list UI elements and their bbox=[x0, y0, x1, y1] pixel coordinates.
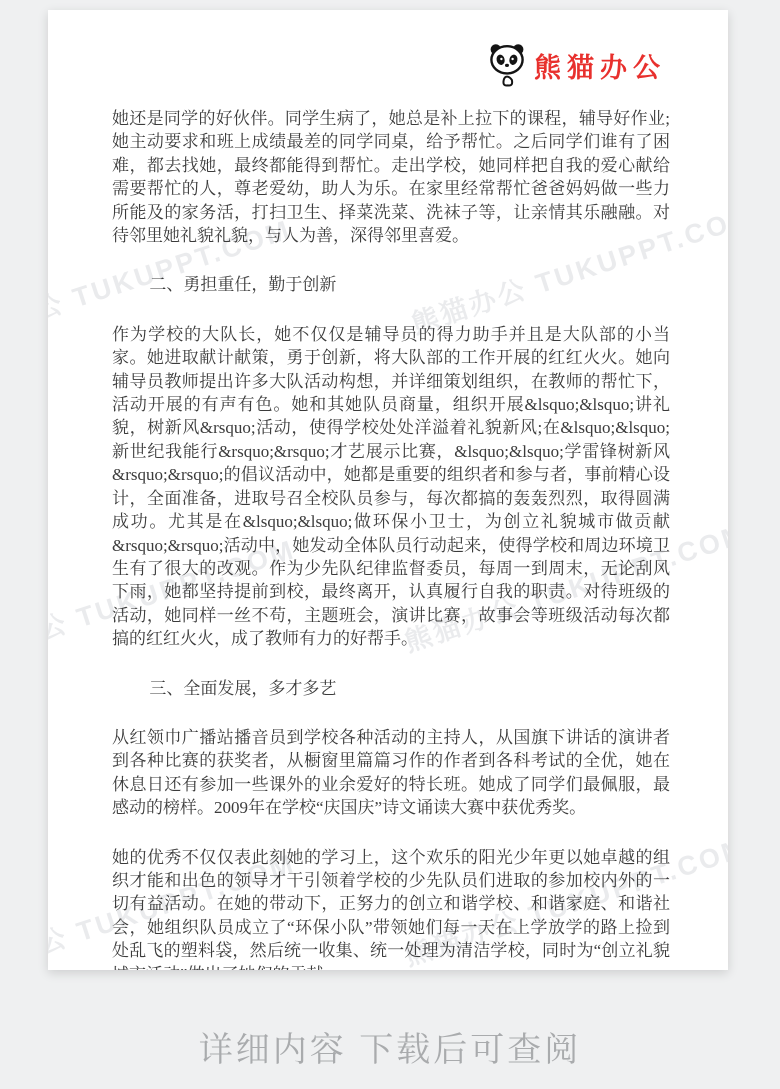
panda-icon bbox=[487, 43, 527, 87]
footer-caption: 详细内容 下载后可查阅 bbox=[0, 1022, 780, 1071]
section-heading: 三、全面发展，多才多艺 bbox=[112, 677, 670, 700]
paragraph: 她还是同学的好伙伴。同学生病了，她总是补上拉下的课程，辅导好作业;她主动要求和班… bbox=[112, 107, 670, 247]
brand-name: 熊猫办公 bbox=[534, 46, 666, 85]
paragraph: 从红领巾广播站播音员到学校各种活动的主持人，从国旗下讲话的演讲者到各种比赛的获奖… bbox=[112, 726, 670, 820]
document-content: 她还是同学的好伙伴。同学生病了，她总是补上拉下的课程，辅导好作业;她主动要求和班… bbox=[112, 107, 670, 970]
paragraph: 作为学校的大队长，她不仅仅是辅导员的得力助手并且是大队部的小当家。她进取献计献策… bbox=[112, 323, 670, 651]
brand-logo: 熊猫办公 bbox=[487, 43, 666, 87]
document-page: 熊猫办公 TUKUPPT.COM 熊猫办公 TUKUPPT.COM 熊猫办公 T… bbox=[48, 10, 728, 970]
paragraph: 她的优秀不仅仅表此刻她的学习上，这个欢乐的阳光少年更以她卓越的组织才能和出色的领… bbox=[112, 846, 670, 970]
preview-page: { "brand": { "name": "熊猫办公", "color": "#… bbox=[0, 0, 780, 1089]
section-heading: 二、勇担重任，勤于创新 bbox=[112, 273, 670, 296]
